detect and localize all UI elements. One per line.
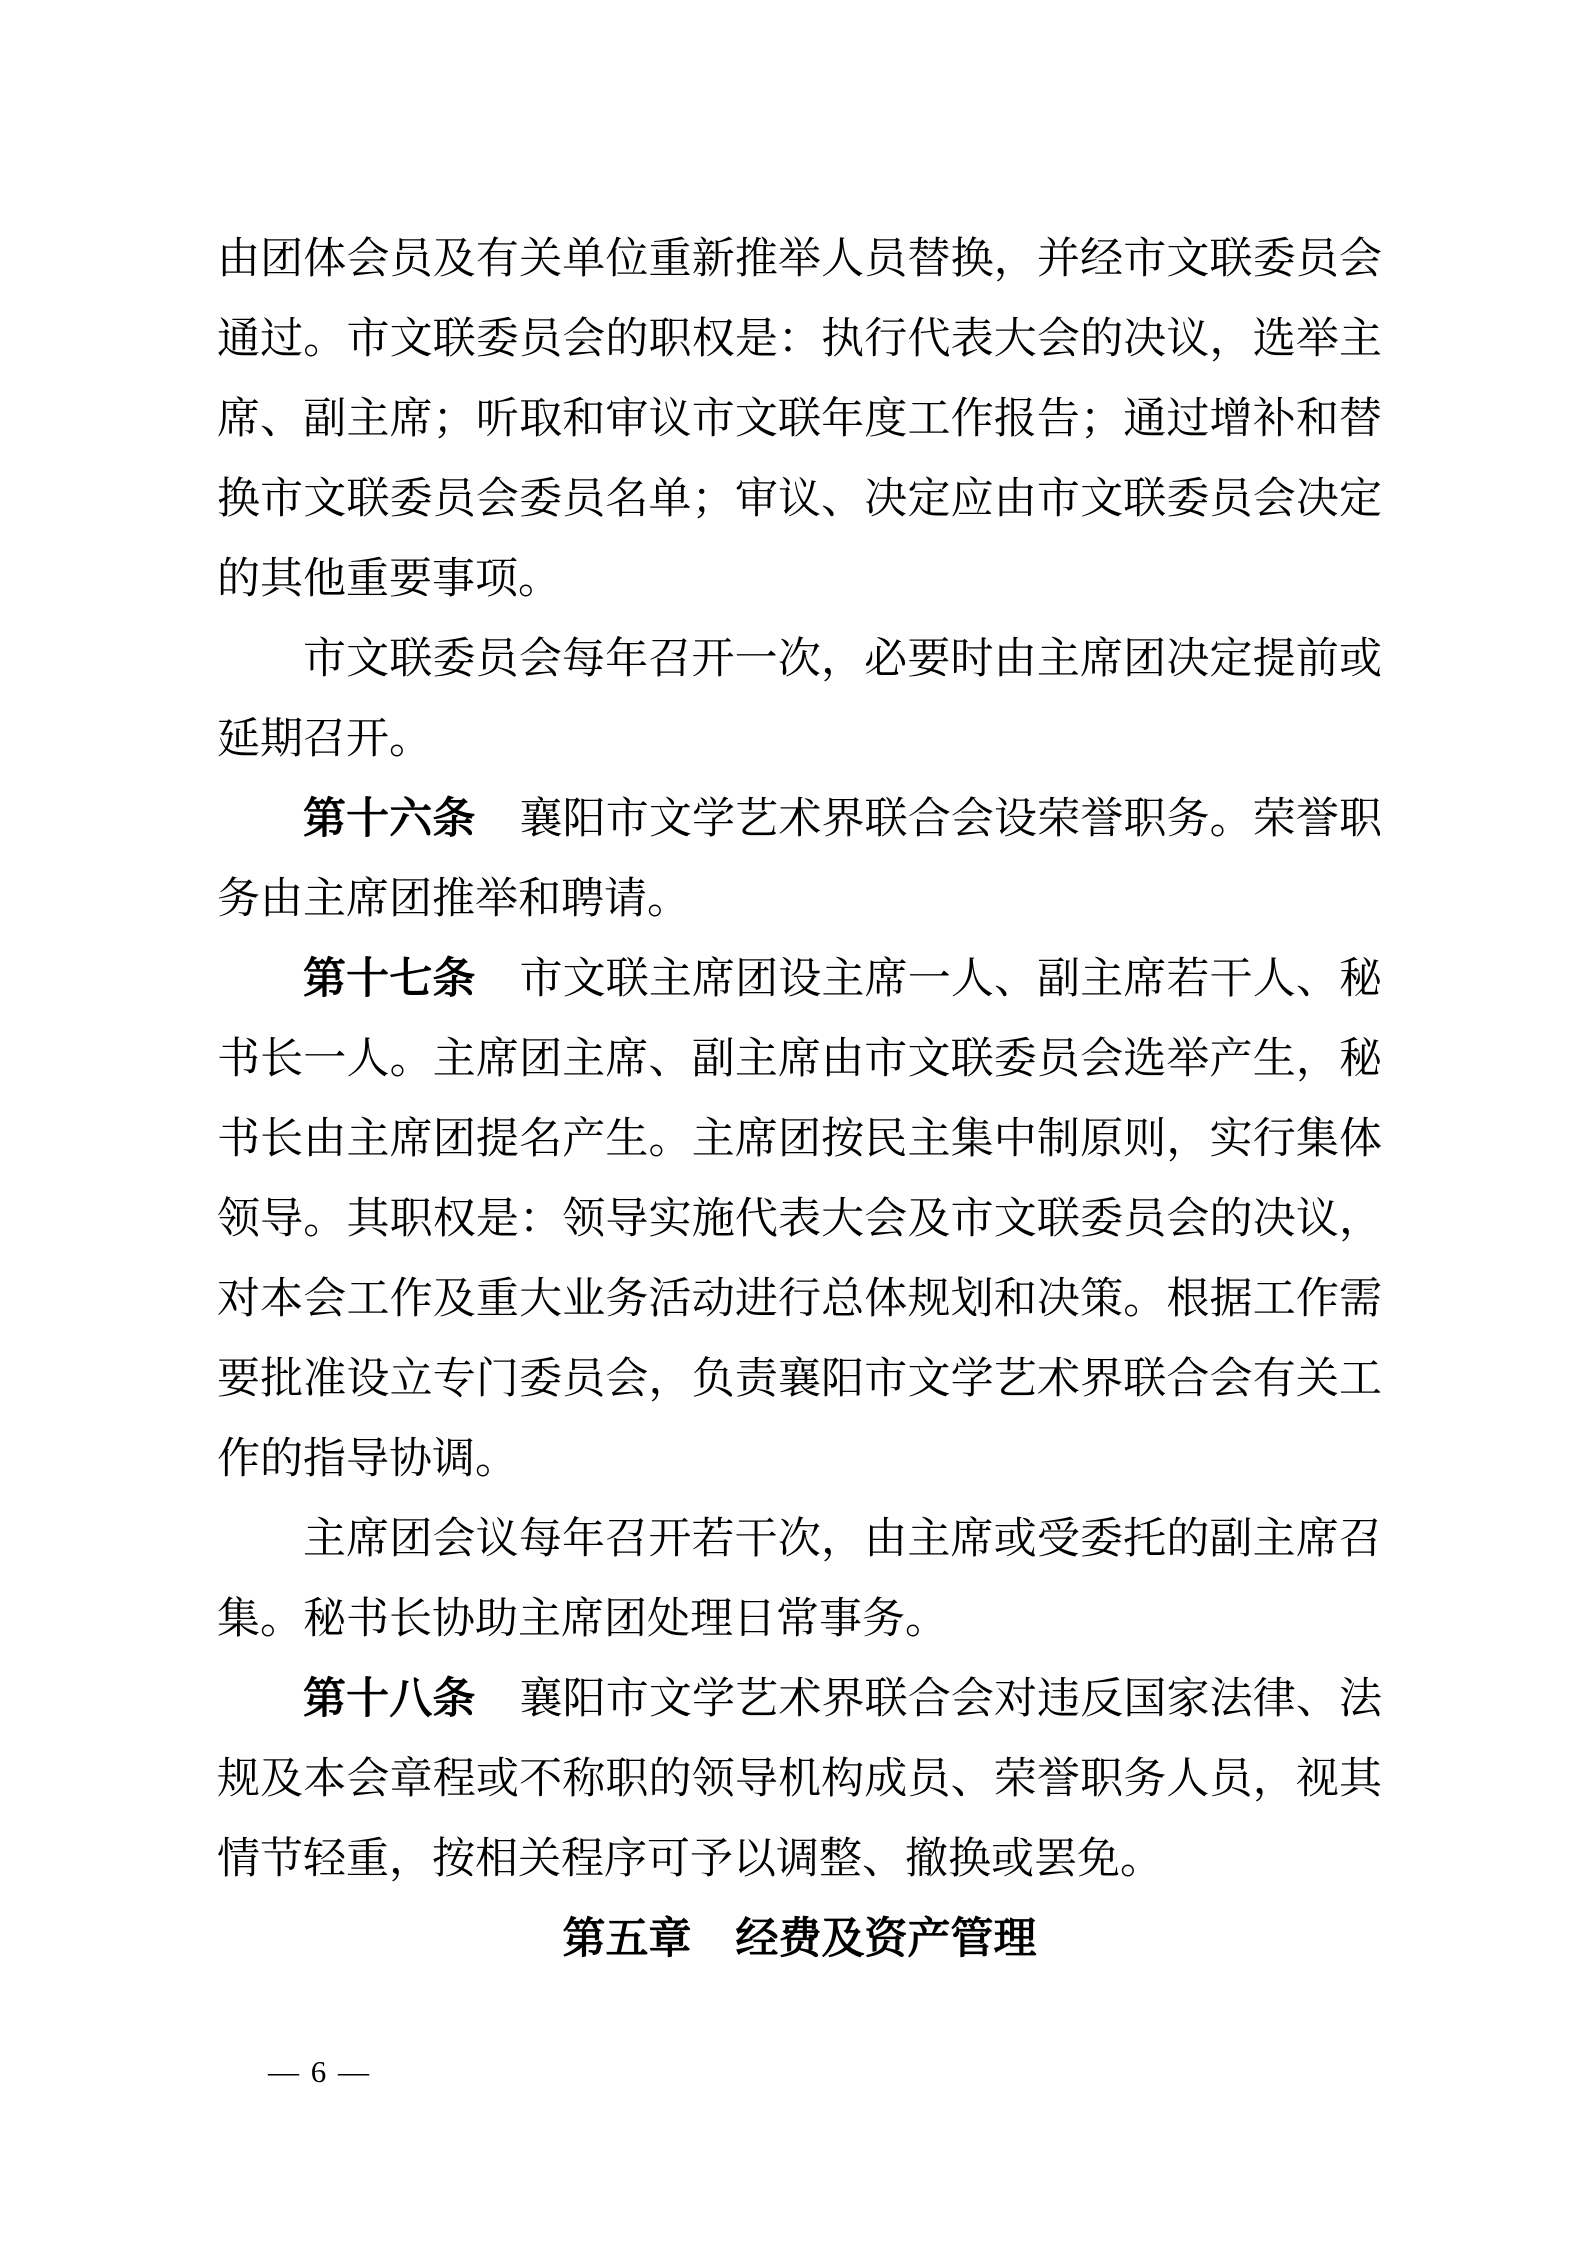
document-body: 由团体会员及有关单位重新推举人员替换，并经市文联委员会通过。市文联委员会的职权是…: [217, 220, 1382, 1980]
article-18-number: 第十八条: [303, 1676, 476, 1723]
document-page: 由团体会员及有关单位重新推举人员替换，并经市文联委员会通过。市文联委员会的职权是…: [0, 0, 1587, 2245]
paragraph-article-18: 第十八条襄阳市文学艺术界联合会对违反国家法律、法规及本会章程或不称职的领导机构成…: [217, 1660, 1382, 1900]
article-17-text: 市文联主席团设主席一人、副主席若干人、秘书长一人。主席团主席、副主席由市文联委员…: [217, 956, 1382, 1483]
page-number: — 6 —: [268, 2052, 371, 2092]
chapter-number: 第五章: [563, 1916, 692, 1963]
paragraph-continuation: 由团体会员及有关单位重新推举人员替换，并经市文联委员会通过。市文联委员会的职权是…: [217, 220, 1382, 620]
paragraph-presidium-meeting: 主席团会议每年召开若干次，由主席或受委托的副主席召集。秘书长协助主席团处理日常事…: [217, 1500, 1382, 1660]
chapter-title: 经费及资产管理: [736, 1916, 1037, 1963]
paragraph-article-16: 第十六条襄阳市文学艺术界联合会设荣誉职务。荣誉职务由主席团推举和聘请。: [217, 780, 1382, 940]
paragraph-article-17: 第十七条市文联主席团设主席一人、副主席若干人、秘书长一人。主席团主席、副主席由市…: [217, 940, 1382, 1500]
article-17-number: 第十七条: [303, 956, 476, 1003]
paragraph-committee-meeting: 市文联委员会每年召开一次，必要时由主席团决定提前或延期召开。: [217, 620, 1382, 780]
chapter-heading: 第五章经费及资产管理: [217, 1900, 1382, 1980]
article-16-number: 第十六条: [303, 796, 476, 843]
